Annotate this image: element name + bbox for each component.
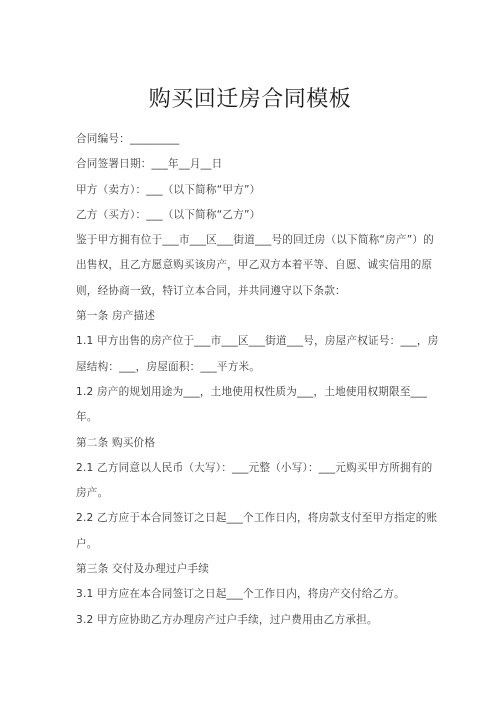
contract-number-line: 合同编号：_________	[76, 127, 426, 152]
clause-2-2-line: 2.2 乙方应于本合同签订之日起___个工作日内，将房款支付至甲方指定的账	[76, 506, 426, 531]
clause-1-2-line: 年。	[76, 405, 426, 430]
party-a-line: 甲方（卖方）：___（以下简称“甲方”）	[76, 178, 426, 203]
document-page: 购买回迁房合同模板 合同编号：_________ 合同签署日期：___年__月_…	[0, 0, 500, 707]
clause-2-1-line: 2.1 乙方同意以人民币（大写）：___元整（小写）：___元购买甲方所拥有的	[76, 456, 426, 481]
document-body: 合同编号：_________ 合同签署日期：___年__月__日 甲方（卖方）：…	[76, 127, 426, 633]
clause-3-2-line: 3.2 甲方应协助乙方办理房产过户手续，过户费用由乙方承担。	[76, 608, 426, 633]
article-1-heading: 第一条 房产描述	[76, 304, 426, 329]
clause-1-1-line: 屋结构：___，房屋面积：___平方米。	[76, 355, 426, 380]
preamble-line: 则，经协商一致，特订立本合同，并共同遵守以下条款：	[76, 279, 426, 304]
signing-date-line: 合同签署日期：___年__月__日	[76, 152, 426, 177]
article-3-heading: 第三条 交付及办理过户手续	[76, 557, 426, 582]
clause-3-1-line: 3.1 甲方应在本合同签订之日起___个工作日内，将房产交付给乙方。	[76, 582, 426, 607]
clause-2-2-line: 户。	[76, 532, 426, 557]
preamble-line: 鉴于甲方拥有位于___市___区___街道___号的回迁房（以下简称“房产”）的	[76, 228, 426, 253]
preamble-line: 出售权，且乙方愿意购买该房产，甲乙双方本着平等、自愿、诚实信用的原	[76, 253, 426, 278]
party-b-line: 乙方（买方）：___（以下简称“乙方”）	[76, 203, 426, 228]
document-title: 购买回迁房合同模板	[0, 82, 500, 113]
article-2-heading: 第二条 购买价格	[76, 431, 426, 456]
clause-1-2-line: 1.2 房产的规划用途为___，土地使用权性质为___，土地使用权期限至___	[76, 380, 426, 405]
clause-1-1-line: 1.1 甲方出售的房产位于___市___区___街道___号，房屋产权证号：__…	[76, 329, 426, 354]
clause-2-1-line: 房产。	[76, 481, 426, 506]
